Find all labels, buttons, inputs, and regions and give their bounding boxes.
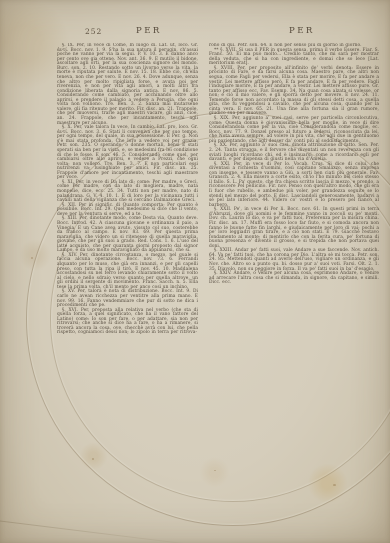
dictionary-paragraph: §. XII. Per in signific. di Quanto compo… (57, 204, 198, 218)
dictionary-paragraph: §. XVI. Per, preposta alla relativa nel … (57, 309, 198, 336)
paper-speck (333, 484, 336, 486)
paper-speck (31, 257, 33, 259)
dictionary-paragraph: §. XXIII. Andar pe' fatti suoi, vale And… (209, 249, 379, 272)
dictionary-paragraph: §. XIX. Per, aggiunto a' suoi casi, serv… (209, 117, 379, 144)
page-crease (0, 519, 216, 543)
dictionary-paragraph: §. XIII. Per, dinotante modo, come Desta… (57, 217, 198, 254)
dictionary-paragraph: §. XVIII. Per, per proposito all'infinit… (209, 67, 379, 117)
dictionary-paragraph: §. XXII. Pe', in vece di Per li. Bocc. n… (209, 208, 379, 249)
dictionary-paragraph: §. XI. Per, in vece di Da lato di; come:… (57, 181, 198, 204)
running-head-left: PER (136, 26, 162, 36)
dictionary-paragraph: §. XXI. Per, in vece di Per lo. Vocab. C… (209, 163, 379, 209)
dictionary-paragraph: §. XX. Per, aggiunto a' suoi casi, dinot… (209, 144, 379, 162)
dictionary-paragraph: §. IX. Per, in vece di Come, In luogo di… (57, 44, 198, 126)
column-left: §. IX. Per, in vece di Come, In luogo di… (57, 44, 198, 336)
column-right: rono di qui. Petr. son. 64. E non per se… (209, 44, 379, 286)
paper-speck (214, 470, 216, 471)
page-number: 252 (85, 27, 102, 36)
scanned-book-page: 252 PER PER §. IX. Per, in vece di Come,… (0, 0, 390, 543)
running-head-right: PER (289, 26, 315, 36)
dictionary-paragraph: §. XXIV. Andare, o Venire per alcuna cos… (209, 272, 379, 286)
dictionary-paragraph: §. XV. Per, talora è nota di distribuzio… (57, 290, 198, 308)
dictionary-paragraph: §. XIV. Per, dinotante circostanza, o me… (57, 254, 198, 291)
paper-speck (92, 458, 94, 460)
dictionary-paragraph: §. X. Per, vale talora In vece, In cambi… (57, 126, 198, 181)
dictionary-paragraph: ** §. XVII. Si usa il PER in questa sens… (209, 49, 379, 67)
